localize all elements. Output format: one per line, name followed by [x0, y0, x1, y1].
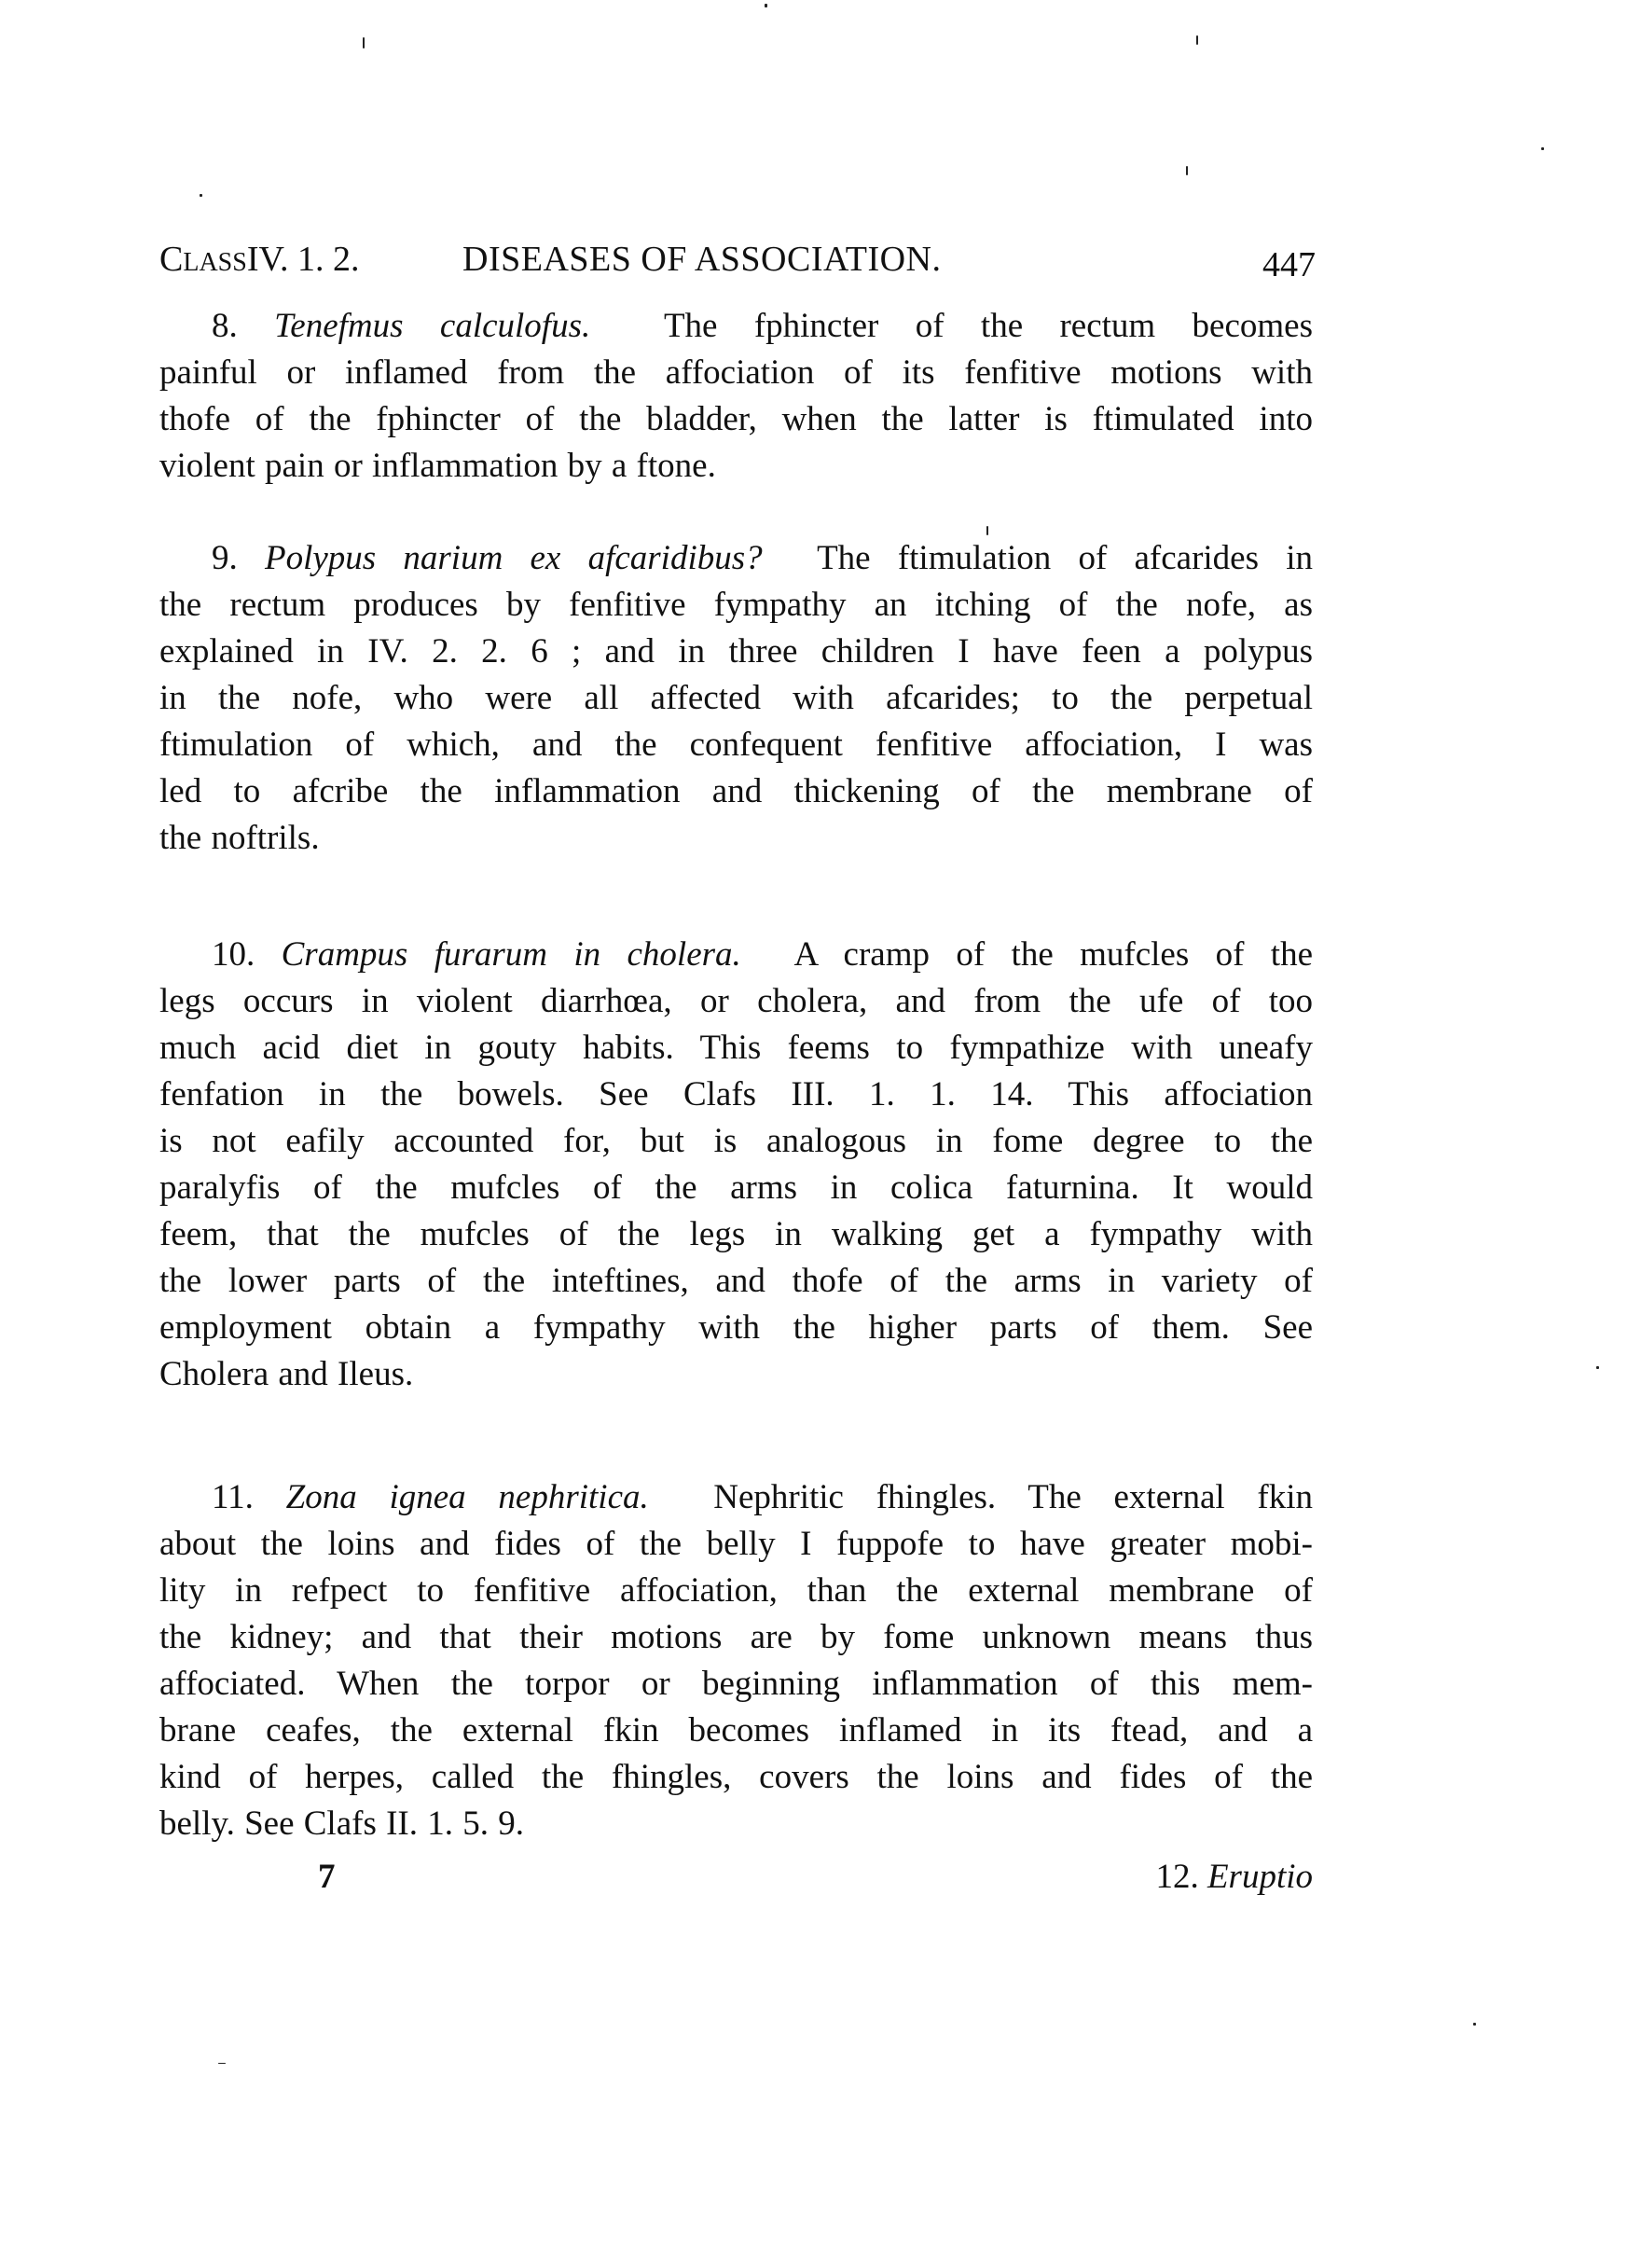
text-line: explained in IV. 2. 2. 6 ; and in three … — [159, 629, 1313, 675]
text-line: 8. Tenefmus calculofus. The fphincter of… — [159, 303, 1313, 350]
paragraph-number: 8. — [159, 307, 238, 345]
text-line: the rectum produces by fenfitive fympath… — [159, 582, 1313, 629]
text-line: brane ceafes, the external fkin becomes … — [159, 1708, 1313, 1754]
text-line: ftimulation of which, and the confequent… — [159, 722, 1313, 768]
class-smallcaps: LASS — [183, 248, 246, 277]
class-prefix: C — [159, 240, 183, 279]
paragraph-8: 8. Tenefmus calculofus. The fphincter of… — [159, 303, 1313, 490]
page-footer: 7 12. Eruptio — [159, 1851, 1313, 1903]
disease-term: Zona ignea nephritica. — [286, 1478, 649, 1516]
catchword-number: 12. — [1155, 1858, 1198, 1896]
scan-speck — [986, 526, 988, 535]
text-line: the noftrils. — [159, 815, 1313, 862]
paragraph-11: 11. Zona ignea nephritica. Nephritic fhi… — [159, 1474, 1313, 1847]
scan-speck — [363, 37, 365, 48]
text-line: affociated. When the torpor or beginning… — [159, 1661, 1313, 1708]
scan-speck — [1596, 1366, 1599, 1369]
scan-speck — [218, 2063, 226, 2064]
line-text: Nephritic fhingles. The external fkin — [713, 1478, 1313, 1516]
text-line: is not eafily accounted for, but is anal… — [159, 1118, 1313, 1165]
text-line: belly. See Clafs II. 1. 5. 9. — [159, 1801, 1313, 1847]
signature-mark: 7 — [318, 1851, 336, 1903]
text-line: violent pain or inflammation by a ftone. — [159, 443, 1313, 490]
catchword: 12. Eruptio — [1155, 1851, 1313, 1903]
text-line: kind of herpes, called the fhingles, cov… — [159, 1754, 1313, 1801]
text-line: the lower parts of the inteftines, and t… — [159, 1258, 1313, 1305]
line-text: A cramp of the mufcles of the — [794, 935, 1314, 974]
scan-speck — [200, 194, 202, 197]
text-line: much acid diet in gouty habits. This fee… — [159, 1025, 1313, 1072]
text-line: employment obtain a fympathy with the hi… — [159, 1305, 1313, 1351]
line-text: The ftimulation of afcarides in — [817, 539, 1313, 577]
page-number: 447 — [1262, 239, 1316, 291]
class-ref: IV. 1. 2. — [247, 240, 360, 279]
paragraph-number: 10. — [159, 935, 255, 974]
catchword-term: Eruptio — [1207, 1858, 1313, 1896]
text-line: 10. Crampus furarum in cholera. A cramp … — [159, 932, 1313, 978]
text-line: fenfation in the bowels. See Clafs III. … — [159, 1072, 1313, 1118]
scan-speck — [1473, 2023, 1476, 2026]
scan-speck — [765, 4, 767, 7]
scan-speck — [1541, 147, 1544, 150]
text-line: paralyfis of the mufcles of the arms in … — [159, 1165, 1313, 1211]
text-line: Cholera and Ileus. — [159, 1351, 1313, 1398]
class-reference: CLASSIV. 1. 2. — [159, 233, 360, 289]
text-line: lity in refpect to fenfitive affociation… — [159, 1568, 1313, 1614]
text-line: thofe of the fphincter of the bladder, w… — [159, 396, 1313, 443]
disease-term: Tenefmus calculofus. — [274, 307, 590, 345]
text-line: legs occurs in violent diarrhœa, or chol… — [159, 978, 1313, 1025]
text-line: 11. Zona ignea nephritica. Nephritic fhi… — [159, 1474, 1313, 1521]
paragraph-10: 10. Crampus furarum in cholera. A cramp … — [159, 932, 1313, 1398]
text-line: painful or inflamed from the affociation… — [159, 350, 1313, 396]
text-line: feem, that the mufcles of the legs in wa… — [159, 1211, 1313, 1258]
text-line: about the loins and fides of the belly I… — [159, 1521, 1313, 1568]
line-text: The fphincter of the rectum becomes — [664, 307, 1313, 345]
text-line: the kidney; and that their motions are b… — [159, 1614, 1313, 1661]
book-page: CLASSIV. 1. 2. DISEASES OF ASSOCIATION. … — [0, 0, 1641, 2268]
paragraph-number: 11. — [159, 1478, 254, 1516]
chapter-title: DISEASES OF ASSOCIATION. — [462, 233, 941, 285]
text-line: led to afcribe the inflammation and thic… — [159, 768, 1313, 815]
text-line: in the nofe, who were all affected with … — [159, 675, 1313, 722]
text-line: 9. Polypus narium ex afcaridibus? The ft… — [159, 535, 1313, 582]
disease-term: Crampus furarum in cholera. — [282, 935, 741, 974]
scan-speck — [1196, 35, 1198, 45]
disease-term: Polypus narium ex afcaridibus? — [265, 539, 763, 577]
paragraph-9: 9. Polypus narium ex afcaridibus? The ft… — [159, 535, 1313, 862]
paragraph-number: 9. — [159, 539, 238, 577]
scan-speck — [1186, 166, 1188, 175]
running-head: CLASSIV. 1. 2. DISEASES OF ASSOCIATION. … — [159, 233, 1316, 285]
